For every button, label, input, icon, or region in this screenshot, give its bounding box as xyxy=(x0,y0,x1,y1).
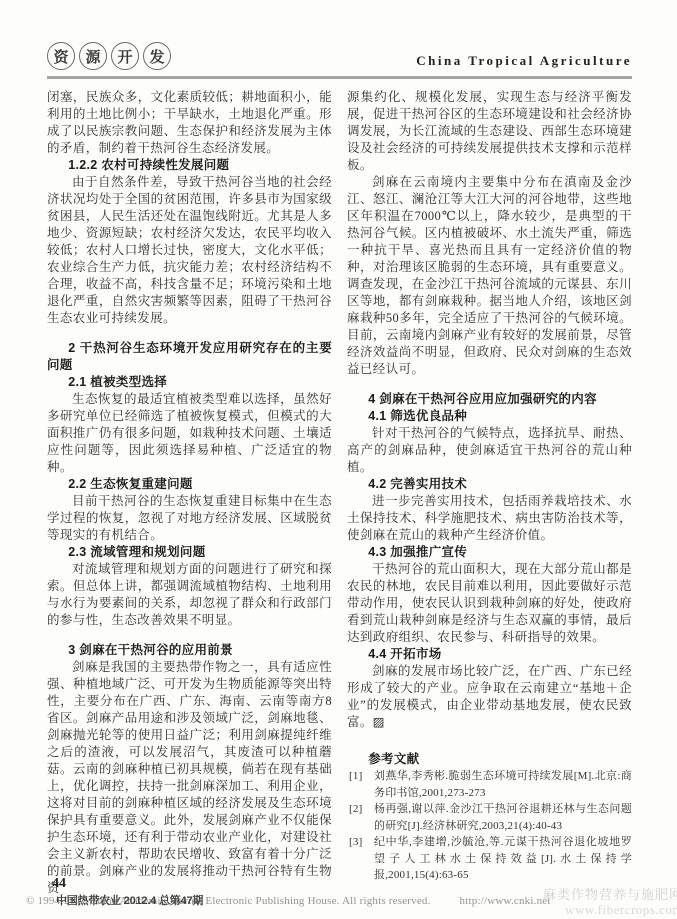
paragraph: 干热河谷的荒山面积大，现在大部分荒山都是农民的林地，农民目前难以利用，因此要做好… xyxy=(347,561,632,646)
logo-char: 资 xyxy=(47,42,75,70)
cnki-url: http://www.cnki.net xyxy=(460,895,551,907)
watermark-site-name: 麻类作物营养与施肥网 xyxy=(543,887,677,902)
paragraph: 目前干热河谷的生态恢复重建目标集中在生态学过程的恢复，忽视了对地方经济发展、区域… xyxy=(47,493,332,544)
header-rule xyxy=(47,76,632,79)
ref-number: [3] xyxy=(349,834,362,851)
section-heading: 4.1 筛选优良品种 xyxy=(347,408,632,425)
section-heading: 3 剑麻在干热河谷的应用前景 xyxy=(47,642,332,659)
page-footer: 44 © 1994-2012 China Academic Journal El… xyxy=(0,867,677,919)
paragraph: 生态恢复的最适宜植被类型难以选择，虽然好多研究单位已经筛选了植被恢复模式，但模式… xyxy=(47,391,332,476)
paragraph: 源集约化、规模化发展，实现生态与经济平衡发展，促进干热河谷区的生态环境建设和社会… xyxy=(347,89,632,174)
left-column: 闭塞，民族众多，文化素质较低；耕地面积小，能利用的土地比例小；干旱缺水，土地退化… xyxy=(47,89,332,897)
section-heading: 4 剑麻在干热河谷应用应加强研究的内容 xyxy=(347,391,632,408)
paragraph: 由于自然条件差，导致干热河谷当地的社会经济状况均处于全国的贫困范围，许多县市为国… xyxy=(47,174,332,327)
paragraph: 闭塞，民族众多，文化素质较低；耕地面积小，能利用的土地比例小；干旱缺水，土地退化… xyxy=(47,89,332,157)
section-heading: 4.4 开拓市场 xyxy=(347,646,632,663)
section-heading: 4.3 加强推广宣传 xyxy=(347,544,632,561)
paragraph: 进一步完善实用技术，包括雨养栽培技术、水土保持技术、科学施肥技术、病虫害防治技术… xyxy=(347,493,632,544)
reference-item: [2]杨再强,谢以萍.金沙江干热河谷退耕还林与生态问题的研究[J].经济林研究,… xyxy=(347,801,632,834)
paragraph: 剑麻是我国的主要热带作物之一，具有适应性强、种植地域广泛、可开发为生物质能源等突… xyxy=(47,659,332,897)
references-heading: 参考文献 xyxy=(347,751,632,768)
logo-char: 发 xyxy=(143,42,171,70)
ref-text: 杨再强,谢以萍.金沙江干热河谷退耕还林与生态问题的研究[J].经济林研究,200… xyxy=(374,803,632,832)
section-heading: 4.2 完善实用技术 xyxy=(347,476,632,493)
watermark-site-url: www.fibercrops.com xyxy=(543,902,677,917)
section-heading: 2 干热河谷生态环境开发应用研究存在的主要问题 xyxy=(47,340,332,374)
logo-char: 开 xyxy=(111,42,139,70)
watermark: 麻类作物营养与施肥网 www.fibercrops.com xyxy=(543,887,677,917)
section-heading: 2.2 生态恢复重建问题 xyxy=(47,476,332,493)
paragraph: 剑麻在云南境内主要集中分布在滇南及金沙江、怒江、澜沧江等大江大河的河谷地带，这些… xyxy=(347,174,632,378)
right-column: 源集约化、规模化发展，实现生态与经济平衡发展，促进干热河谷区的生态环境建设和社会… xyxy=(347,89,632,897)
journal-logo: 资 源 开 发 xyxy=(47,42,171,70)
paragraph: 对流域管理和规划方面的问题进行了研究和探索。但总体上讲，都强调流域植物结构、土地… xyxy=(47,561,332,629)
article-body: 闭塞，民族众多，文化素质较低；耕地面积小，能利用的土地比例小；干旱缺水，土地退化… xyxy=(47,89,632,897)
ref-text: 刘燕华,李秀彬.脆弱生态环境可持续发展[M].北京:商务印书馆,2001,273… xyxy=(374,770,632,799)
ref-number: [2] xyxy=(349,801,362,818)
section-heading: 2.1 植被类型选择 xyxy=(47,374,332,391)
section-heading: 2.3 流域管理和规划问题 xyxy=(47,544,332,561)
page: 资 源 开 发 China Tropical Agriculture 闭塞，民族… xyxy=(0,0,677,919)
paragraph: 剑麻的发展市场比较广泛，在广西、广东已经形成了较大的产业。应争取在云南建立“基地… xyxy=(347,663,632,731)
paragraph: 针对干热河谷的气候特点，选择抗旱、耐热、高产的剑麻品种，使剑麻适宜干热河谷的荒山… xyxy=(347,425,632,476)
reference-item: [1]刘燕华,李秀彬.脆弱生态环境可持续发展[M].北京:商务印书馆,2001,… xyxy=(347,768,632,801)
ref-number: [1] xyxy=(349,768,362,785)
references: 参考文献[1]刘燕华,李秀彬.脆弱生态环境可持续发展[M].北京:商务印书馆,2… xyxy=(347,751,632,884)
logo-char: 源 xyxy=(79,42,107,70)
issue-stamp: 中国热带农业 2012.4 总第47期 xyxy=(56,892,203,908)
journal-name-en: China Tropical Agriculture xyxy=(416,53,632,70)
page-header: 资 源 开 发 China Tropical Agriculture xyxy=(47,42,632,70)
page-number: 44 xyxy=(52,876,66,892)
section-heading: 1.2.2 农村可持续性发展问题 xyxy=(47,157,332,174)
